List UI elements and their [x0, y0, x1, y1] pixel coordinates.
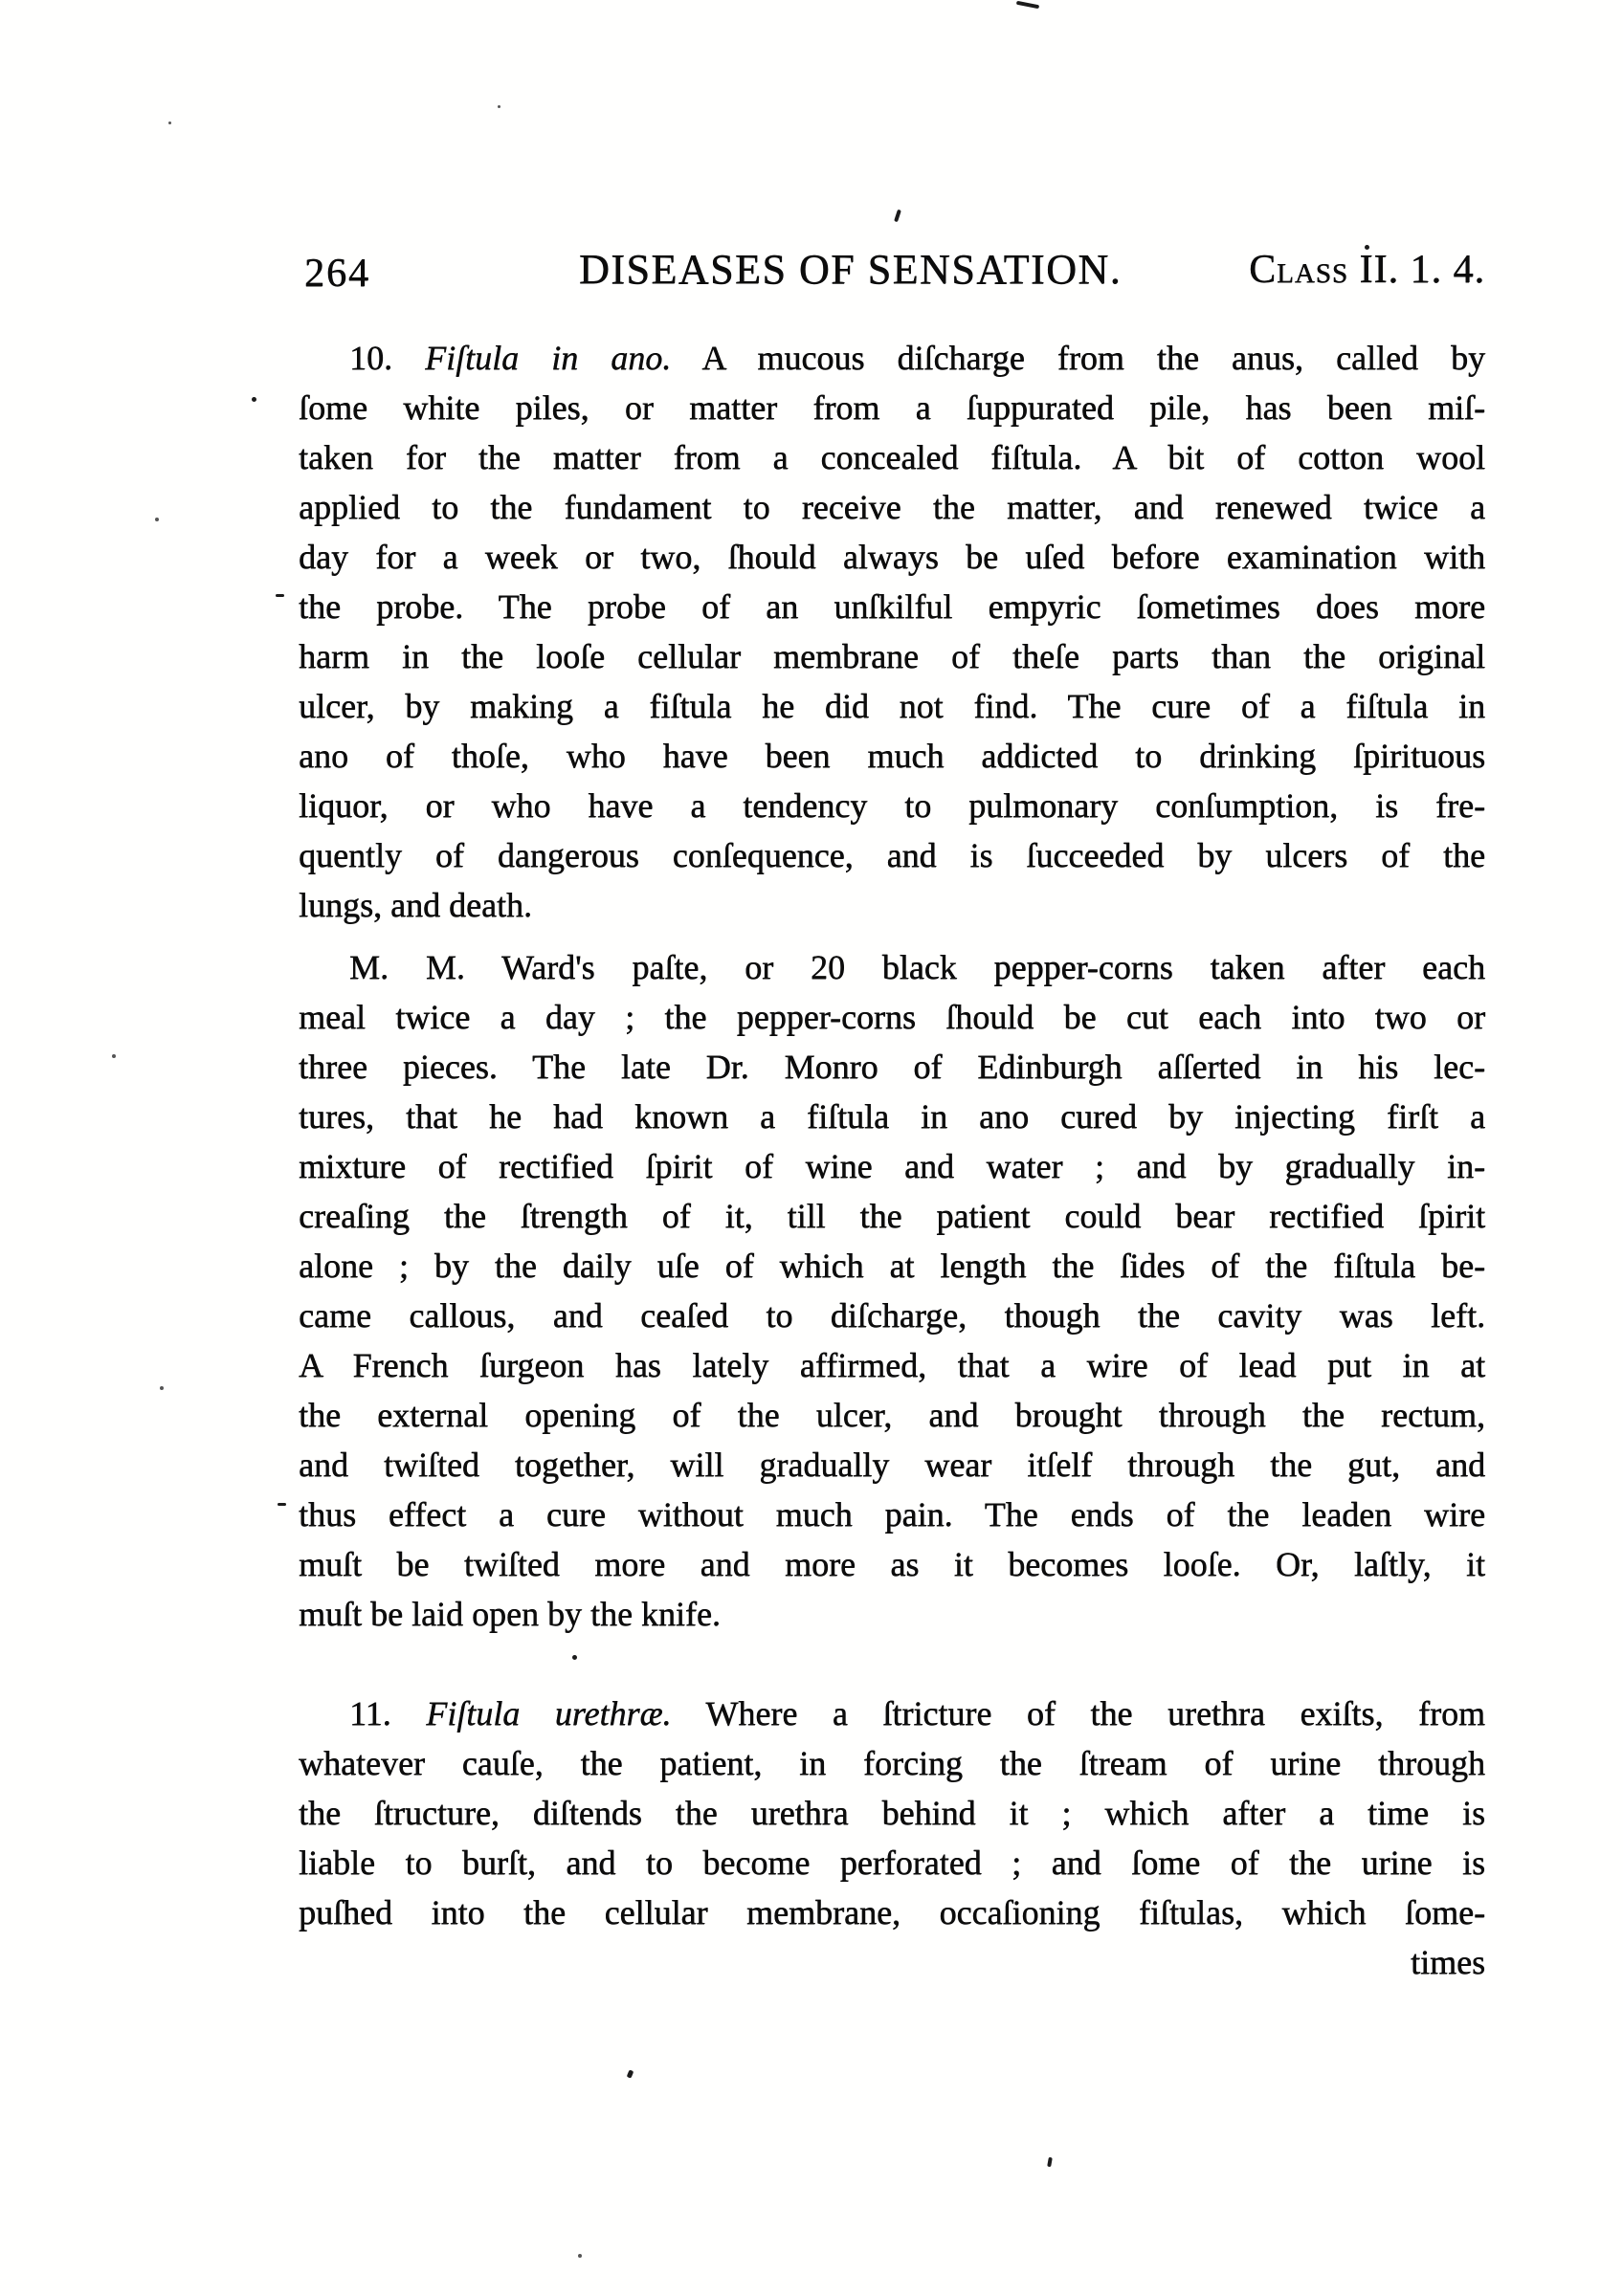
- ink-speck: [894, 210, 901, 223]
- paragraph-mm-wards-paste: M. M. Ward's paſte, or 20 black pepper-c…: [299, 942, 1485, 1639]
- ink-speck: [278, 1503, 286, 1506]
- text-line: whatever cauſe, the patient, in forcing …: [299, 1738, 1485, 1788]
- text-line: came callous, and ceaſed to diſcharge, t…: [299, 1291, 1485, 1340]
- text-line: muſt be laid open by the knife.: [299, 1589, 1485, 1639]
- text-line: ano of thoſe, who have been much addicte…: [299, 731, 1485, 781]
- text-line: 10. Fiſtula in ano. A mucous diſcharge f…: [299, 333, 1485, 383]
- text-line: the external opening of the ulcer, and b…: [299, 1390, 1485, 1440]
- text-block: 10. Fiſtula in ano. A mucous diſcharge f…: [299, 333, 1485, 1987]
- text-line: tures, that he had known a fiſtula in an…: [299, 1092, 1485, 1141]
- ink-speck: [1365, 245, 1369, 250]
- text-line: meal twice a day ; the pepper-corns ſhou…: [299, 992, 1485, 1042]
- ink-speck: [627, 2069, 634, 2078]
- text-line-rest: A mucous diſcharge from the anus, called…: [701, 339, 1485, 377]
- section-number: 11.: [349, 1694, 391, 1733]
- running-title: DISEASES OF SENSATION.: [579, 245, 1122, 294]
- text-line: M. M. Ward's paſte, or 20 black pepper-c…: [299, 942, 1485, 992]
- page-number: 264: [304, 251, 370, 297]
- ink-speck: [155, 518, 159, 521]
- ink-speck: [160, 1386, 164, 1390]
- text-line: taken for the matter from a concealed fi…: [299, 432, 1485, 482]
- ink-speck: [276, 594, 284, 597]
- text-line: puſhed into the cellular membrane, occaſ…: [299, 1888, 1485, 1937]
- text-line: thus effect a cure without much pain. Th…: [299, 1490, 1485, 1539]
- text-line: applied to the fundament to receive the …: [299, 482, 1485, 532]
- text-line: harm in the looſe cellular membrane of t…: [299, 631, 1485, 681]
- text-line-rest: Where a ſtricture of the urethra exiſts,…: [705, 1694, 1485, 1733]
- ink-speck: [1047, 2157, 1053, 2168]
- ink-speck: [1016, 1, 1039, 10]
- page-header: 264 DISEASES OF SENSATION. Class II. 1. …: [299, 245, 1485, 302]
- text-line-rest: M. M. Ward's paſte, or 20 black pepper-c…: [349, 948, 1485, 986]
- text-line: lungs, and death.: [299, 880, 1485, 930]
- book-page-scan: 264 DISEASES OF SENSATION. Class II. 1. …: [0, 0, 1623, 2296]
- text-line: alone ; by the daily uſe of which at len…: [299, 1241, 1485, 1291]
- section-heading-italic: Fiſtula in ano.: [425, 339, 671, 377]
- text-line: creaſing the ſtrength of it, till the pa…: [299, 1191, 1485, 1241]
- catchword: times: [299, 1937, 1485, 1987]
- text-line: the ſtructure, diſtends the urethra behi…: [299, 1788, 1485, 1838]
- ink-speck: [252, 397, 256, 402]
- text-line: the probe. The probe of an unſkilful emp…: [299, 582, 1485, 631]
- text-line: liquor, or who have a tendency to pulmon…: [299, 781, 1485, 830]
- section-heading-italic: Fiſtula urethræ.: [426, 1694, 671, 1733]
- text-line: 11. Fiſtula urethræ. Where a ſtricture o…: [299, 1689, 1485, 1738]
- text-line: muſt be twiſted more and more as it beco…: [299, 1539, 1485, 1589]
- ink-speck: [572, 1655, 577, 1660]
- text-line: mixture of rectified ſpirit of wine and …: [299, 1141, 1485, 1191]
- section-number: 10.: [349, 339, 392, 377]
- text-line: liable to burſt, and to become perforate…: [299, 1838, 1485, 1888]
- text-line: ulcer, by making a fiſtula he did not fi…: [299, 681, 1485, 731]
- text-line: and twiſted together, will gradually wea…: [299, 1440, 1485, 1490]
- text-line: A French ſurgeon has lately affirmed, th…: [299, 1340, 1485, 1390]
- paragraph-fistula-in-ano: 10. Fiſtula in ano. A mucous diſcharge f…: [299, 333, 1485, 930]
- text-line: quently of dangerous conſequence, and is…: [299, 830, 1485, 880]
- paragraph-fistula-urethrae: 11. Fiſtula urethræ. Where a ſtricture o…: [299, 1689, 1485, 1937]
- text-line: ſome white piles, or matter from a ſuppu…: [299, 383, 1485, 432]
- ink-speck: [498, 105, 500, 108]
- ink-speck: [578, 2254, 582, 2258]
- ink-speck: [112, 1054, 116, 1058]
- text-line: three pieces. The late Dr. Monro of Edin…: [299, 1042, 1485, 1092]
- text-line: day for a week or two, ſhould always be …: [299, 532, 1485, 582]
- section-label: Class II. 1. 4.: [1249, 247, 1485, 293]
- ink-speck: [168, 121, 171, 124]
